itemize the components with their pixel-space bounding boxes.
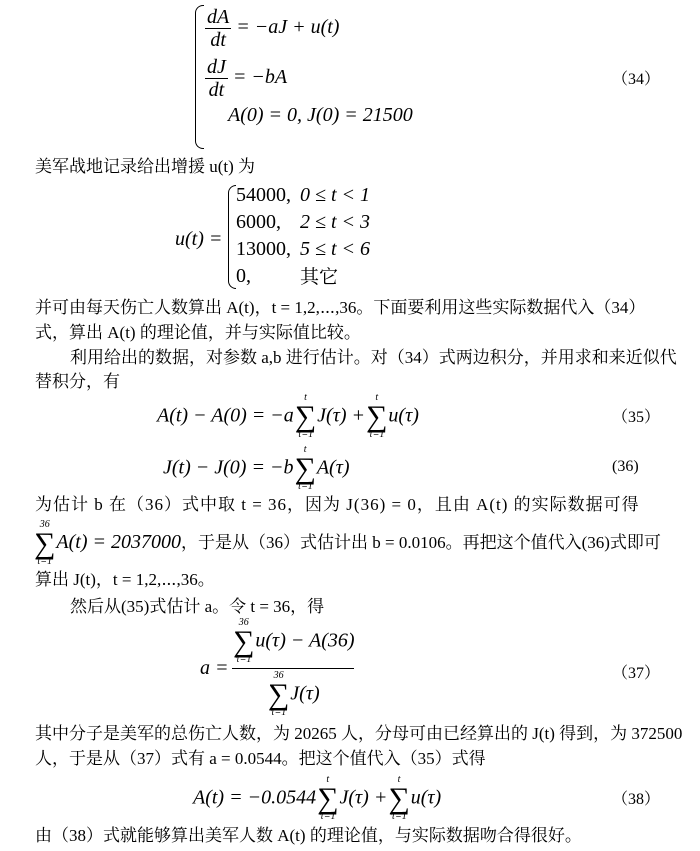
eq36: J(t) − J(0) = −bt∑τ=1A(τ) xyxy=(163,445,350,493)
left-brace xyxy=(195,5,204,149)
ut-cond-1: 2 ≤ t < 3 xyxy=(300,211,370,234)
ut-case-0: 54000, xyxy=(236,184,291,207)
equation-number-37: （37） xyxy=(612,660,660,683)
eq37-denominator: 36∑τ=1J(τ) xyxy=(267,669,320,719)
paragraph-4-line-2-text: ，于是从（36）式估计出 b = 0.0106。再把这个值代入(36)式即可 xyxy=(181,533,661,552)
paragraph-2-line-2: 式，算出 A(t) 的理论值，并与实际值比较。 xyxy=(35,323,361,343)
eq36-term1: A(τ) xyxy=(317,457,350,479)
sum-sign: t∑τ=1 xyxy=(366,393,387,441)
sum-a-value: A(t) = 2037000 xyxy=(56,531,181,553)
paragraph-4-line-3: 算出 J(t)，t = 1,2,⋯,36。 xyxy=(35,570,215,590)
case-value: 0, xyxy=(236,265,251,287)
paragraph-6-line-1: 其中分子是美军的总伤亡人数，为 20265 人，分母可由已经算出的 J(t) 得… xyxy=(35,724,682,744)
case-value: 54000, xyxy=(236,184,291,206)
sum-sign: 36∑t=1 xyxy=(34,520,55,568)
eq34-rhs2: = −bA xyxy=(233,66,287,88)
fraction-numerator: dA xyxy=(205,6,231,29)
numerator-term: u(τ) − A(36) xyxy=(255,630,354,652)
fraction-denominator: dt xyxy=(208,29,228,51)
paragraph-4-line-2: 36∑t=1A(t) = 2037000，于是从（36）式估计出 b = 0.0… xyxy=(33,520,661,568)
eq37-numerator: 36∑τ=1u(τ) − A(36) xyxy=(228,618,359,668)
eq35: A(t) − A(0) = −at∑τ=1J(τ) +t∑τ=1u(τ) xyxy=(157,393,419,441)
ut-case-2: 13000, xyxy=(236,238,291,261)
eq37-lhs: a = xyxy=(200,657,229,680)
eq34-line1: dAdt = −aJ + u(t) xyxy=(205,6,339,51)
paragraph-7: 由（38）式就能够算出美军人数 A(t) 的理论值，与实际数据吻合得很好。 xyxy=(35,826,582,846)
ut-cond-0: 0 ≤ t < 1 xyxy=(300,184,370,207)
sum-sign: 36∑τ=1 xyxy=(268,671,289,719)
case-value: 6000, xyxy=(236,211,281,233)
sum-sign: t∑τ=1 xyxy=(388,775,409,823)
ut-case-1: 6000, xyxy=(236,211,281,234)
equation-number-34: （34） xyxy=(612,66,660,89)
equation-number-36: (36) xyxy=(612,458,639,476)
sum-sign: t∑τ=1 xyxy=(317,775,338,823)
left-brace xyxy=(228,185,236,289)
ut-cond-3: 其它 xyxy=(300,268,338,288)
denominator-term: J(τ) xyxy=(290,683,319,705)
equation-number-35: （35） xyxy=(612,404,660,427)
paragraph-6-line-2: 人，于是从（37）式有 a = 0.0544。把这个值代入（35）式得 xyxy=(35,749,486,769)
sum-sign: 36∑τ=1 xyxy=(233,618,254,666)
ut-cond-2: 5 ≤ t < 6 xyxy=(300,238,370,261)
paragraph-reinforcement: 美军战地记录给出增援 u(t) 为 xyxy=(35,157,255,177)
eq37-fraction: 36∑τ=1u(τ) − A(36) 36∑τ=1J(τ) xyxy=(228,618,359,719)
paragraph-3-line-1: 利用给出的数据，对参数 a,b 进行估计。对（34）式两边积分，并用求和来近似代 xyxy=(70,348,677,368)
ut-case-3: 0, xyxy=(236,265,251,288)
eq36-lhs: J(t) − J(0) = −b xyxy=(163,457,293,479)
fraction-numerator: dJ xyxy=(205,56,228,79)
fraction-denominator: dt xyxy=(207,79,227,101)
eq35-term2: u(τ) xyxy=(388,405,418,427)
eq35-lhs: A(t) − A(0) = −a xyxy=(157,405,294,427)
eq38-term2: u(τ) xyxy=(411,787,441,809)
ut-lhs: u(t) = xyxy=(175,228,222,251)
sum-sign: t∑τ=1 xyxy=(295,393,316,441)
eq38-lhs: A(t) = −0.0544 xyxy=(193,787,316,809)
eq34-rhs1: = −aJ + u(t) xyxy=(236,16,339,38)
eq34-line2: dJdt = −bA xyxy=(205,56,287,101)
eq38: A(t) = −0.0544t∑τ=1J(τ) +t∑τ=1u(τ) xyxy=(193,775,441,823)
equation-number-38: （38） xyxy=(612,786,660,809)
paragraph-3-line-2: 替积分，有 xyxy=(35,372,120,392)
paragraph-2-line-1: 并可由每天伤亡人数算出 A(t)，t = 1,2,⋯,36。下面要利用这些实际数… xyxy=(35,298,645,318)
paragraph-4-line-1: 为估计 b 在（36）式中取 t = 36，因为 J(36) = 0，且由 A(… xyxy=(35,495,640,515)
eq38-term1: J(τ) + xyxy=(339,787,387,809)
eq35-term1: J(τ) + xyxy=(317,405,365,427)
eq34-line3: A(0) = 0, J(0) = 21500 xyxy=(228,104,413,127)
paragraph-5: 然后从(35)式估计 a。令 t = 36，得 xyxy=(70,597,324,617)
sum-sign: t∑τ=1 xyxy=(294,445,315,493)
case-value: 13000, xyxy=(236,238,291,260)
